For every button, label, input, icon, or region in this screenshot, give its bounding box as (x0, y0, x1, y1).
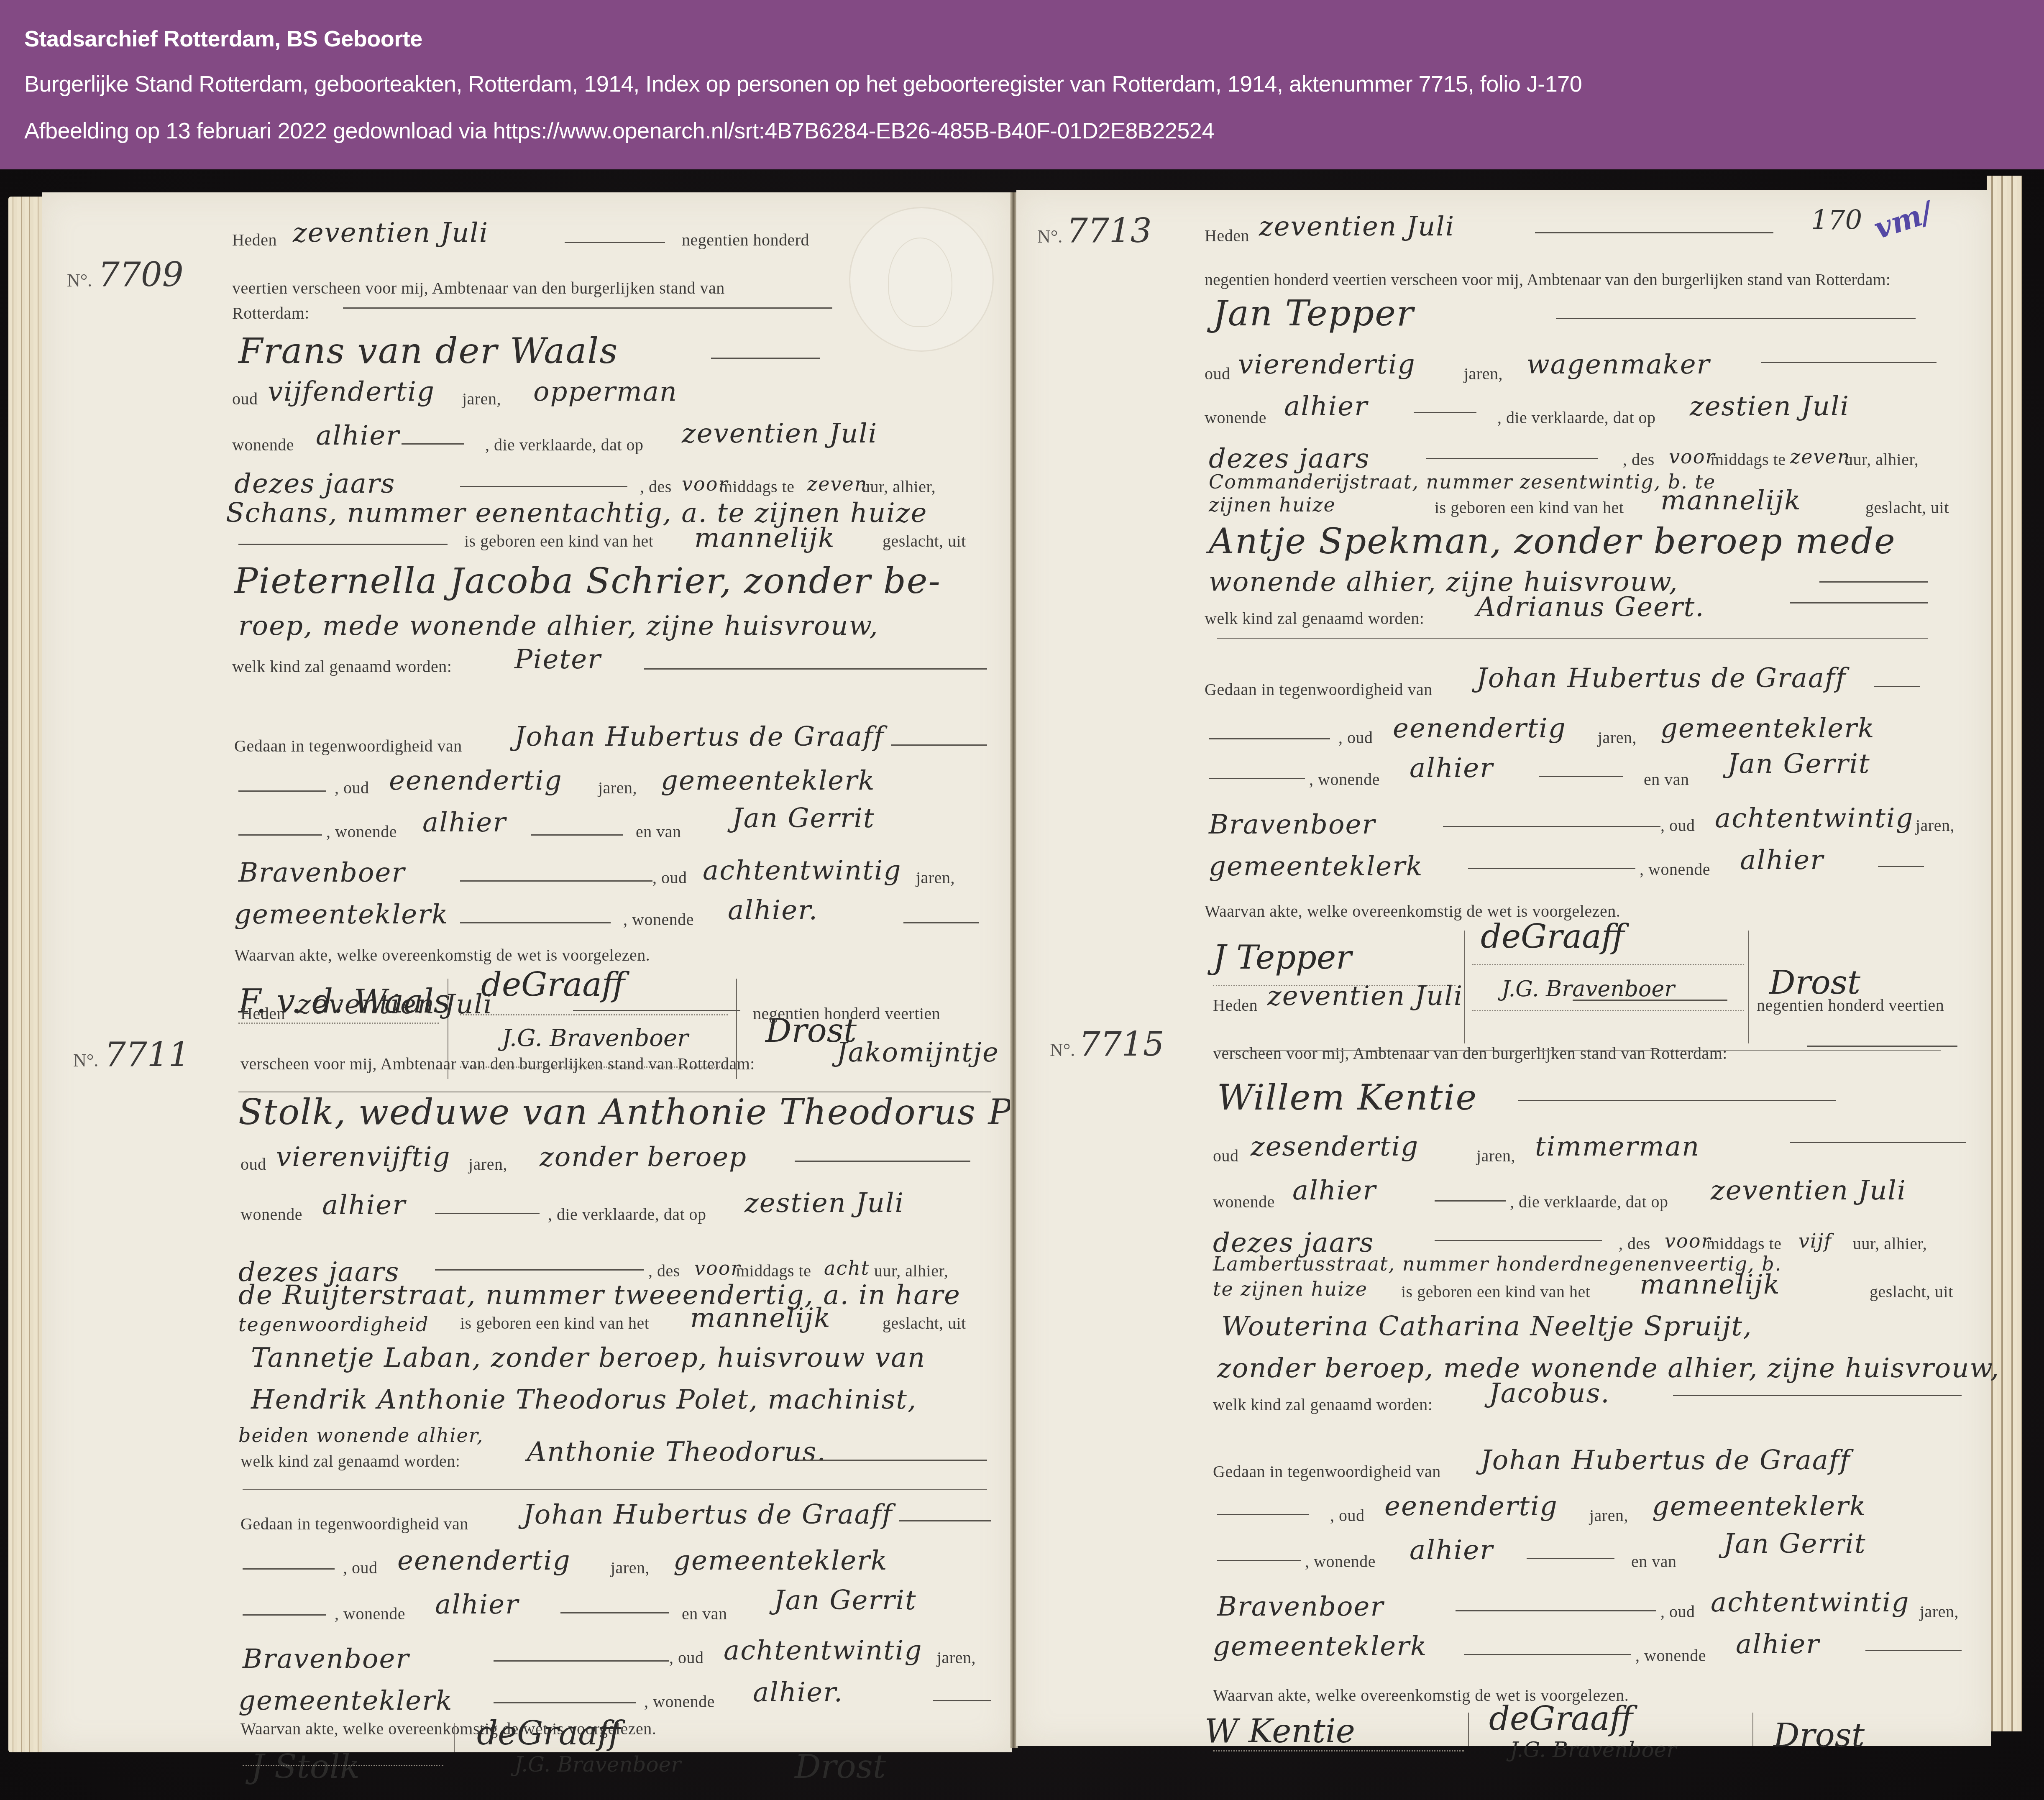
declarant-occupation: zonder beroep (540, 1142, 747, 1173)
printed-jaren: jaren, (1589, 1506, 1628, 1525)
witness2-first-name: Jan Gerrit (732, 803, 875, 834)
printed-jaren: jaren, (937, 1648, 976, 1667)
printed-heden: Heden (1213, 995, 1258, 1015)
signature-official: Drost (1773, 1717, 1865, 1754)
printed-gedaan: Gedaan in tegenwoordigheid van (234, 736, 462, 756)
birth-date: zestien Juli (744, 1188, 904, 1219)
printed-die-verklaarde: , die verklaarde, dat op (548, 1204, 706, 1224)
printed-uur-alhier: uur, alhier, (1853, 1234, 1927, 1253)
birth-date: zestien Juli (1690, 391, 1850, 422)
declarant-occupation: opperman (533, 376, 678, 407)
printed-wonende: , wonende (644, 1692, 715, 1711)
printed-oud: oud (1213, 1146, 1239, 1166)
witness2-residence: alhier (1736, 1629, 1820, 1660)
declarant-residence: alhier (1284, 391, 1368, 422)
printed-gedaan: Gedaan in tegenwoordigheid van (1213, 1462, 1441, 1481)
witness1-residence: alhier (1410, 753, 1494, 784)
witness1-occupation: gemeenteklerk (661, 765, 875, 796)
embossed-seal-icon (849, 207, 994, 352)
child-sex: mannelijk (1660, 485, 1801, 516)
signature-witness2: J.G. Bravenboer (502, 1025, 688, 1052)
printed-year: negentien honderd veertien (753, 1004, 940, 1023)
right-page: 170 vm/ N°. 7713 Heden zeventien Juli ne… (1016, 190, 1991, 1746)
witness2-age: achtentwintig (1715, 803, 1914, 834)
birth-address-line-2: tegenwoordigheid (238, 1313, 429, 1336)
declarant-occupation: timmerman (1535, 1131, 1700, 1162)
birth-hour: acht (824, 1257, 870, 1279)
printed-middags-te: middags te (736, 1261, 811, 1281)
printed-oud: , oud (1330, 1506, 1365, 1525)
record-number-label: N°. (1037, 226, 1062, 247)
printed-jaren: jaren, (462, 389, 501, 409)
printed-geslacht-uit: geslacht, uit (883, 1313, 966, 1333)
record-number-label: N°. (73, 1050, 98, 1071)
witness2-residence: alhier. (728, 895, 818, 926)
printed-waarvan: Waarvan akte, welke overeenkomstig de we… (234, 945, 650, 965)
pencil-mark: vm/ (1870, 194, 1937, 245)
folio-number: 170 (1811, 205, 1862, 236)
child-name: Adrianus Geert. (1476, 592, 1705, 623)
printed-welk-kind: welk kind zal genaamd worden: (232, 657, 452, 676)
printed-wonende: wonende (1205, 408, 1266, 427)
mother-line-1: Wouterina Catharina Neeltje Spruijt, (1221, 1311, 1752, 1342)
printed-gedaan: Gedaan in tegenwoordigheid van (240, 1514, 468, 1534)
witness2-age: achtentwintig (1711, 1587, 1909, 1618)
witness2-occupation: gemeenteklerk (1209, 851, 1423, 882)
printed-oud: , oud (1660, 816, 1695, 835)
mother-line-2: Hendrik Anthonie Theodorus Polet, machin… (251, 1384, 917, 1415)
printed-year: negentien honderd veertien (1757, 995, 1944, 1015)
record-number: 7711 (105, 1035, 190, 1074)
banner-download-info: Afbeelding op 13 februari 2022 gedownloa… (24, 118, 1214, 144)
witness1-age: eenendertig (397, 1545, 571, 1576)
signature-declarant: J Tepper (1213, 939, 1352, 977)
signature-witness1: deGraaff (1481, 918, 1624, 956)
declarant-residence: alhier (1292, 1175, 1376, 1206)
witness1-name: Johan Hubertus de Graaff (1476, 663, 1846, 694)
dagdeel: voor (1669, 445, 1715, 468)
witness1-age: eenendertig (1393, 713, 1566, 744)
printed-wonende: , wonende (1309, 770, 1380, 789)
declarant-occupation: wagenmaker (1527, 349, 1710, 380)
printed-oud: oud (240, 1154, 266, 1174)
printed-des: , des (1619, 1234, 1650, 1253)
witness2-first-name: Jan Gerrit (1723, 1529, 1866, 1560)
witness1-occupation: gemeenteklerk (1652, 1491, 1867, 1522)
witness1-residence: alhier (1410, 1535, 1494, 1566)
printed-verscheen: veertien verscheen voor mij, Ambtenaar v… (232, 278, 725, 298)
printed-oud: oud (1205, 364, 1230, 384)
printed-oud: , oud (1660, 1602, 1695, 1621)
printed-middags-te: middags te (1711, 450, 1786, 469)
left-page-edges (8, 197, 46, 1752)
birth-hour: zeven (807, 473, 867, 495)
signature-official: Drost (795, 1748, 886, 1786)
birth-date: zeventien Juli (682, 418, 877, 449)
printed-middags-te: middags te (1706, 1234, 1781, 1253)
printed-die-verklaarde: , die verklaarde, dat op (1497, 408, 1656, 427)
printed-oud: , oud (652, 868, 687, 887)
printed-jaren: jaren, (598, 778, 637, 798)
record-date: zeventien Juli (297, 989, 493, 1020)
witness1-residence: alhier (435, 1589, 519, 1620)
child-sex: mannelijk (694, 523, 835, 554)
printed-jaren: jaren, (1464, 364, 1503, 384)
printed-welk-kind: welk kind zal genaamd worden: (1205, 609, 1424, 628)
witness2-first-name: Jan Gerrit (774, 1585, 917, 1616)
record-date: zeventien Juli (293, 217, 489, 248)
left-page: N°. 7709 Heden zeventien Juli negentien … (42, 192, 1012, 1752)
printed-wonende: , wonende (1635, 1646, 1706, 1665)
printed-uur-alhier: uur, alhier, (862, 477, 936, 496)
printed-oud: , oud (343, 1558, 378, 1578)
mother-line-1: Pieternella Jacoba Schrier, zonder be- (234, 560, 941, 601)
printed-jaren: jaren, (1476, 1146, 1515, 1166)
printed-uur-alhier: uur, alhier, (1844, 450, 1919, 469)
printed-en-van: en van (1644, 770, 1689, 789)
printed-wonende: , wonende (335, 1604, 405, 1624)
printed-middags-te: middags te (719, 477, 794, 496)
printed-en-van: en van (636, 822, 681, 841)
printed-des: , des (648, 1261, 680, 1281)
printed-is-geboren: is geboren een kind van het (464, 531, 653, 551)
printed-des: , des (640, 477, 672, 496)
child-name: Anthonie Theodorus. (527, 1437, 826, 1468)
printed-geslacht-uit: geslacht, uit (1870, 1282, 1953, 1301)
declarant-residence: alhier (316, 420, 400, 451)
signature-witness2: J.G. Bravenboer (1510, 1738, 1676, 1762)
printed-oud: , oud (335, 778, 369, 798)
printed-uur-alhier: uur, alhier, (874, 1261, 948, 1281)
printed-heden: Heden (1205, 226, 1249, 245)
printed-is-geboren: is geboren een kind van het (1435, 498, 1624, 517)
signature-witness1: deGraaff (481, 966, 625, 1004)
printed-geslacht-uit: geslacht, uit (1865, 498, 1949, 517)
declarant-age: vijfendertig (268, 376, 435, 407)
printed-welk-kind: welk kind zal genaamd worden: (1213, 1395, 1433, 1414)
signature-declarant: W Kentie (1205, 1713, 1355, 1750)
witness1-occupation: gemeenteklerk (1660, 713, 1875, 744)
printed-jaren: jaren, (1916, 816, 1954, 835)
printed-oud: , oud (1338, 728, 1373, 747)
witness1-name: Johan Hubertus de Graaff (523, 1499, 893, 1530)
printed-jaren: jaren, (916, 868, 955, 887)
record-date: zeventien Juli (1267, 981, 1463, 1012)
deze-jaars: dezes jaars (1209, 443, 1370, 474)
record-number: 7709 (98, 255, 184, 294)
declarant-residence: alhier (322, 1190, 406, 1221)
printed-heden: Heden (232, 230, 277, 250)
printed-die-verklaarde: , die verklaarde, dat op (485, 435, 644, 455)
birth-address-line-1: de Ruijterstraat, nummer tweeendertig, a… (238, 1280, 961, 1311)
declarant-name: Frans van der Waals (238, 330, 618, 371)
witness2-age: achtentwintig (724, 1635, 922, 1666)
printed-verscheen: verscheen voor mij, Ambtenaar van den bu… (240, 1054, 755, 1074)
printed-oud: oud (232, 389, 258, 409)
printed-year-prefix: negentien honderd (682, 230, 809, 250)
declarant-name-line-1: Jakomijntje (837, 1037, 999, 1068)
printed-wonende: wonende (1213, 1192, 1275, 1212)
signature-declarant: J Stolk (251, 1748, 360, 1786)
birth-address-line-2: zijnen huize (1209, 493, 1336, 516)
witness2-last-name: Bravenboer (243, 1644, 409, 1675)
printed-jaren: jaren, (468, 1154, 507, 1174)
mother-line-3: beiden wonende alhier, (238, 1424, 483, 1447)
record-number-label: N°. (1050, 1039, 1075, 1061)
printed-jaren: jaren, (1920, 1602, 1959, 1621)
witness1-name: Johan Hubertus de Graaff (1481, 1445, 1850, 1476)
banner-source: Burgerlijke Stand Rotterdam, geboorteakt… (24, 71, 1582, 97)
birth-date: zeventien Juli (1711, 1175, 1906, 1206)
witness1-age: eenendertig (1384, 1491, 1558, 1522)
witness2-last-name: Bravenboer (1217, 1591, 1384, 1622)
witness2-residence: alhier (1740, 845, 1824, 876)
dagdeel: voor (1665, 1230, 1711, 1252)
printed-heden: Heden (240, 1004, 285, 1023)
witness2-occupation: gemeenteklerk (238, 1685, 453, 1716)
printed-geslacht-uit: geslacht, uit (883, 531, 966, 551)
birth-hour: zeven (1790, 445, 1850, 468)
signature-witness1: deGraaff (477, 1715, 621, 1752)
printed-wonende: wonende (240, 1204, 302, 1224)
printed-rotterdam: Rotterdam: (232, 303, 310, 323)
witness2-first-name: Jan Gerrit (1727, 749, 1870, 780)
deze-jaars: dezes jaars (234, 468, 395, 499)
declarant-age: zesendertig (1251, 1131, 1419, 1162)
printed-jaren: jaren, (1598, 728, 1637, 747)
printed-wonende: wonende (232, 435, 294, 455)
witness2-residence: alhier. (753, 1677, 843, 1708)
printed-wonende: , wonende (1305, 1552, 1376, 1571)
printed-wonende: , wonende (1640, 859, 1710, 879)
mother-line-2: roep, mede wonende alhier, zijne huisvro… (238, 611, 879, 642)
printed-en-van: en van (682, 1604, 727, 1624)
witness2-last-name: Bravenboer (238, 857, 405, 888)
banner-title: Stadsarchief Rotterdam, BS Geboorte (24, 26, 422, 52)
birth-address-line-1: Commanderijstraat, nummer zesentwintig, … (1209, 470, 1716, 493)
printed-die-verklaarde: , die verklaarde, dat op (1510, 1192, 1668, 1212)
declarant-name: Jan Tepper (1213, 293, 1414, 334)
birth-address-line-2: te zijnen huize (1213, 1278, 1368, 1300)
printed-oud: , oud (669, 1648, 704, 1667)
child-name: Pieter (514, 644, 601, 675)
child-sex: mannelijk (690, 1303, 831, 1334)
witness1-residence: alhier (422, 807, 507, 838)
witness2-occupation: gemeenteklerk (234, 899, 449, 930)
printed-welk-kind: welk kind zal genaamd worden: (240, 1451, 460, 1471)
printed-wonende: , wonende (326, 822, 397, 841)
child-name: Jacobus. (1489, 1378, 1610, 1409)
record-number-label: N°. (67, 270, 92, 291)
right-page-edges (1987, 176, 2022, 1731)
signature-witness2: J.G. Bravenboer (514, 1752, 681, 1777)
witness1-occupation: gemeenteklerk (673, 1545, 888, 1576)
printed-jaren: jaren, (611, 1558, 650, 1578)
witness2-last-name: Bravenboer (1209, 809, 1376, 840)
printed-verscheen: verscheen voor mij, Ambtenaar van den bu… (1213, 1043, 1727, 1063)
mother-line-1: Tannetje Laban, zonder beroep, huisvrouw… (251, 1342, 926, 1373)
witness2-age: achtentwintig (703, 855, 901, 886)
record-number: 7715 (1079, 1025, 1164, 1064)
archive-banner: Stadsarchief Rotterdam, BS Geboorte Burg… (0, 0, 2044, 169)
printed-wonende: , wonende (623, 910, 694, 929)
signature-witness2: J.G. Bravenboer (1502, 977, 1675, 1002)
child-sex: mannelijk (1640, 1269, 1781, 1300)
signature-witness1: deGraaff (1489, 1700, 1633, 1738)
printed-is-geboren: is geboren een kind van het (1401, 1282, 1590, 1301)
printed-des: , des (1623, 450, 1655, 469)
birth-hour: vijf (1798, 1230, 1832, 1252)
printed-gedaan: Gedaan in tegenwoordigheid van (1205, 680, 1433, 699)
printed-en-van: en van (1631, 1552, 1677, 1571)
witness1-name: Johan Hubertus de Graaff (514, 721, 884, 752)
declarant-age: vierenvijftig (276, 1142, 451, 1173)
printed-is-geboren: is geboren een kind van het (460, 1313, 649, 1333)
witness2-occupation: gemeenteklerk (1213, 1631, 1427, 1662)
declarant-name: Willem Kentie (1217, 1077, 1477, 1118)
declarant-age: vierendertig (1238, 349, 1416, 380)
declarant-name-line-2: Stolk, weduwe van Anthonie Theodorus Pol… (238, 1092, 1082, 1133)
printed-verscheen: negentien honderd veertien verscheen voo… (1205, 270, 1891, 289)
record-date: zeventien Juli (1259, 211, 1455, 242)
record-number: 7713 (1067, 211, 1152, 250)
dagdeel: voor (694, 1257, 741, 1279)
mother-line-1: Antje Spekman, zonder beroep mede (1209, 521, 1896, 562)
witness1-age: eenendertig (389, 765, 563, 796)
